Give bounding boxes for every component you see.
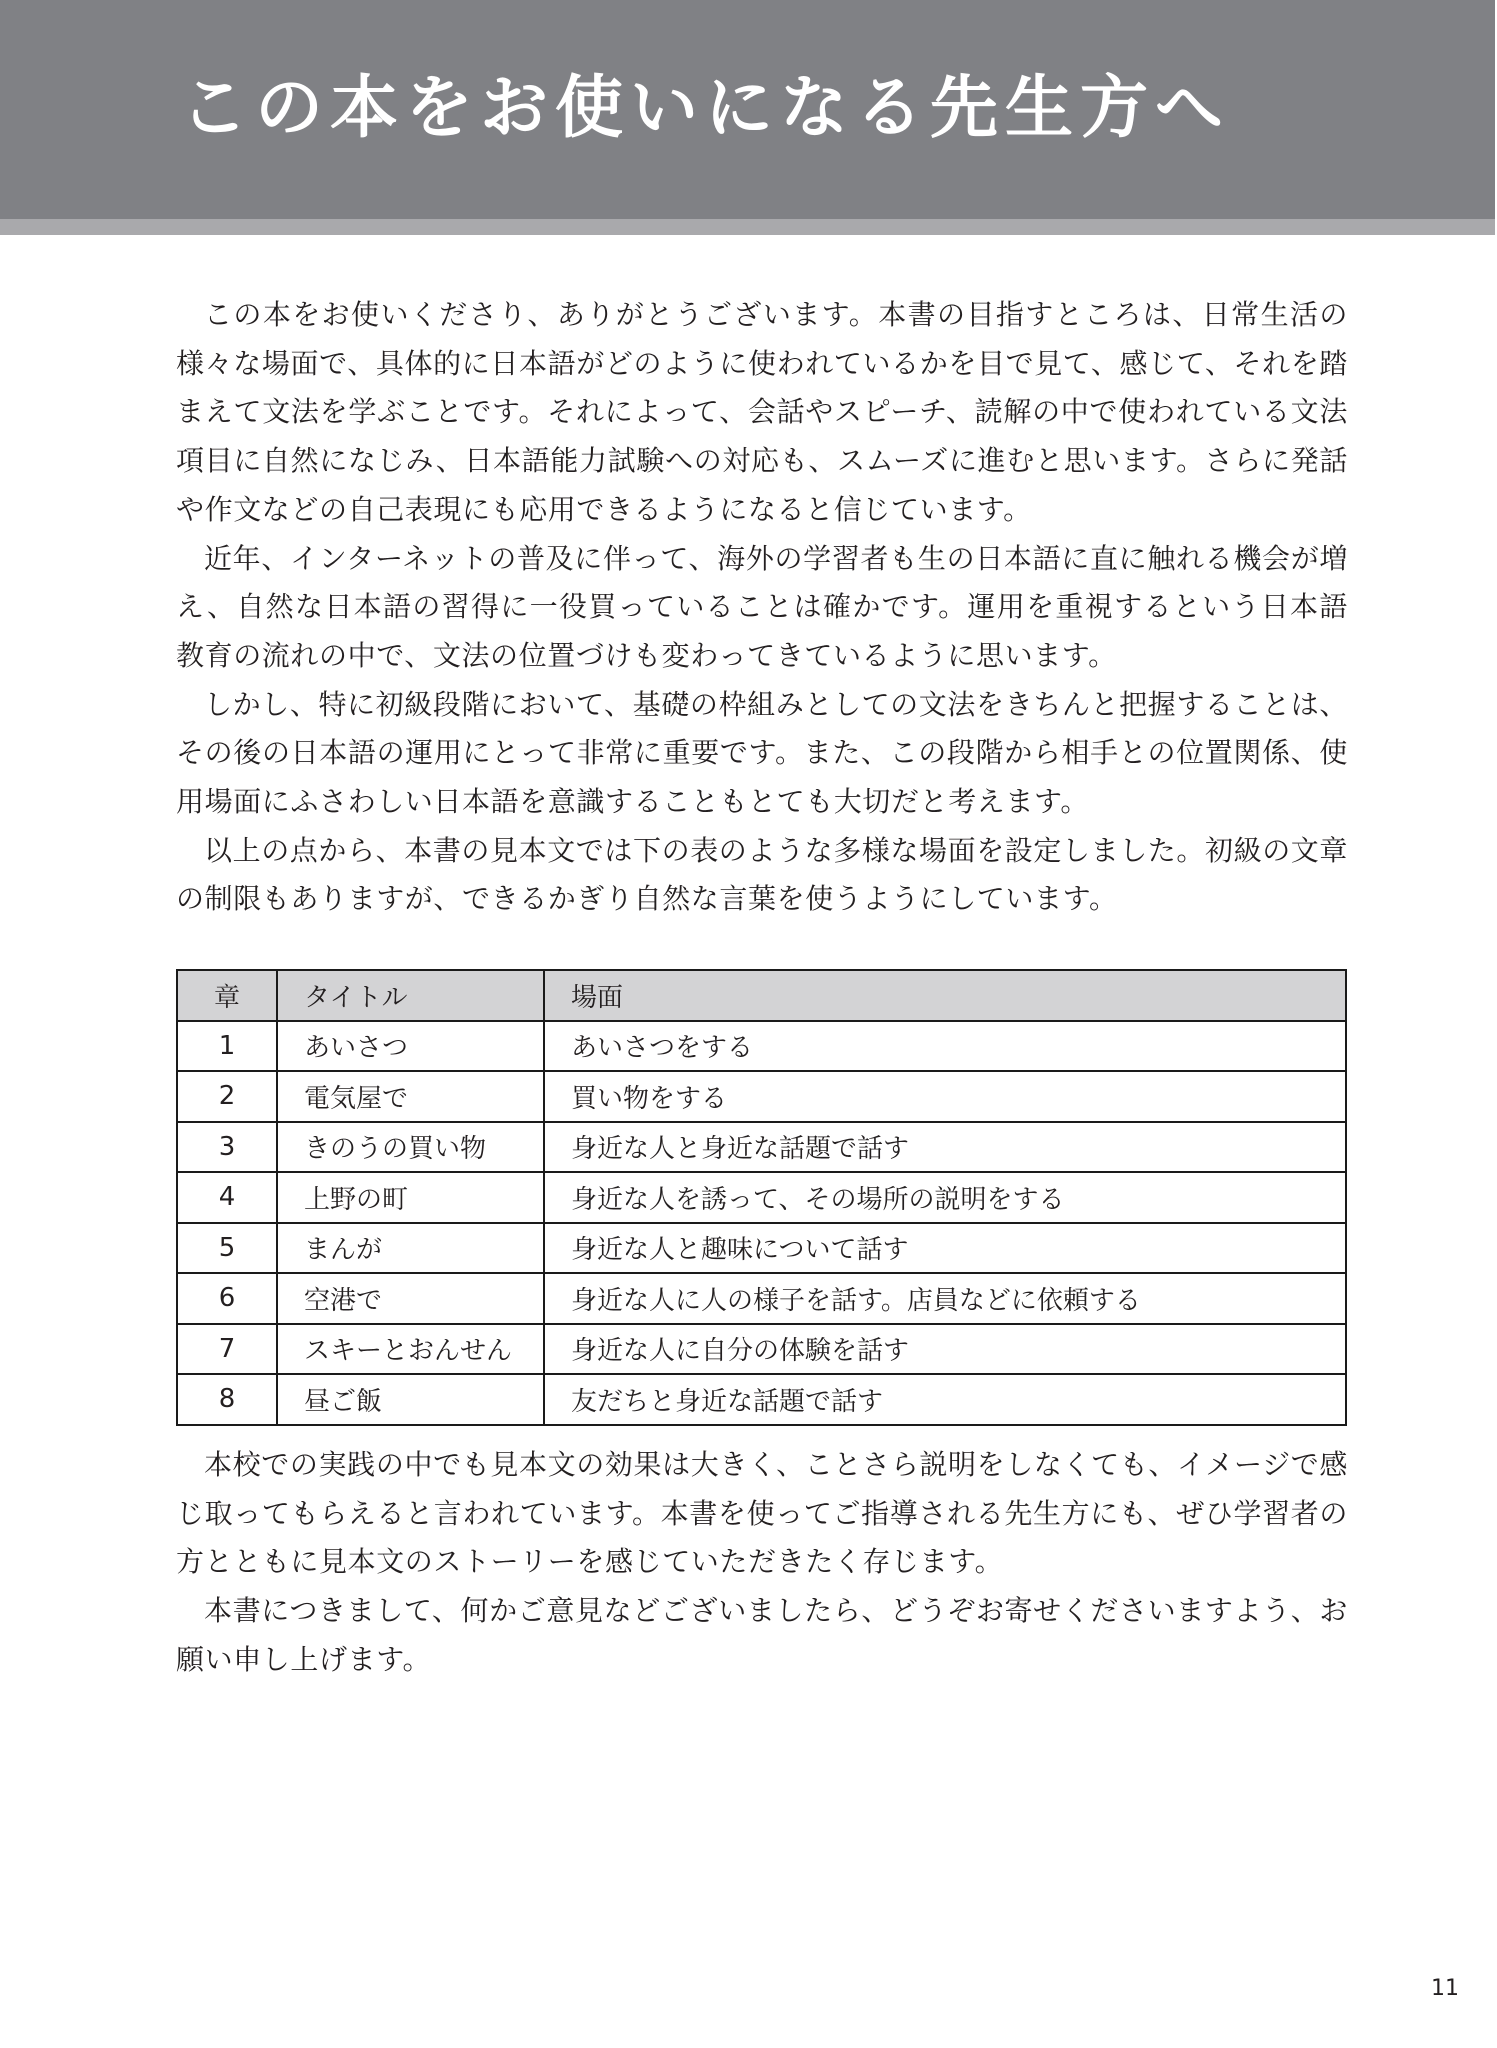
table-row: 6 空港で 身近な人に人の様子を話す。店員などに依頼する: [177, 1273, 1346, 1324]
cell-title: 空港で: [277, 1273, 544, 1324]
cell-scene: あいさつをする: [544, 1021, 1346, 1072]
cell-chapter: 8: [177, 1374, 277, 1425]
cell-title: まんが: [277, 1223, 544, 1274]
page-title: この本をお使いになる先生方へ: [180, 66, 1230, 152]
cell-title: 電気屋で: [277, 1071, 544, 1122]
table-row: 8 昼ご飯 友だちと身近な話題で話す: [177, 1374, 1346, 1425]
table-row: 5 まんが 身近な人と趣味について話す: [177, 1223, 1346, 1274]
cell-scene: 買い物をする: [544, 1071, 1346, 1122]
closing-paragraph: 本校での実践の中でも見本文の効果は大きく、ことさら説明をしなくても、イメージで感…: [176, 1441, 1348, 1587]
cell-title: きのうの買い物: [277, 1122, 544, 1173]
cell-scene: 身近な人を誘って、その場所の説明をする: [544, 1172, 1346, 1223]
table-row: 7 スキーとおんせん 身近な人に自分の体験を話す: [177, 1324, 1346, 1375]
cell-scene: 身近な人と趣味について話す: [544, 1223, 1346, 1274]
scene-table: 章 タイトル 場面 1 あいさつ あいさつをする 2 電気屋で 買い物をする 3…: [176, 969, 1347, 1426]
cell-chapter: 6: [177, 1273, 277, 1324]
cell-chapter: 5: [177, 1223, 277, 1274]
cell-chapter: 7: [177, 1324, 277, 1375]
intro-paragraph: 近年、インターネットの普及に伴って、海外の学習者も生の日本語に直に触れる機会が増…: [176, 535, 1348, 681]
cell-scene: 身近な人と身近な話題で話す: [544, 1122, 1346, 1173]
closing-section: 本校での実践の中でも見本文の効果は大きく、ことさら説明をしなくても、イメージで感…: [176, 1441, 1348, 1685]
cell-title: スキーとおんせん: [277, 1324, 544, 1375]
table-row: 4 上野の町 身近な人を誘って、その場所の説明をする: [177, 1172, 1346, 1223]
table-row: 2 電気屋で 買い物をする: [177, 1071, 1346, 1122]
header-title: タイトル: [277, 970, 544, 1021]
intro-paragraph: この本をお使いくださり、ありがとうございます。本書の目指すところは、日常生活の様…: [176, 291, 1348, 535]
cell-scene: 身近な人に自分の体験を話す: [544, 1324, 1346, 1375]
intro-paragraph: 以上の点から、本書の見本文では下の表のような多様な場面を設定しました。初級の文章…: [176, 827, 1348, 924]
cell-title: 昼ご飯: [277, 1374, 544, 1425]
cell-chapter: 4: [177, 1172, 277, 1223]
table-row: 3 きのうの買い物 身近な人と身近な話題で話す: [177, 1122, 1346, 1173]
cell-chapter: 3: [177, 1122, 277, 1173]
header-stripe: [0, 219, 1495, 235]
cell-title: あいさつ: [277, 1021, 544, 1072]
table-row: 1 あいさつ あいさつをする: [177, 1021, 1346, 1072]
header-chapter: 章: [177, 970, 277, 1021]
cell-scene: 友だちと身近な話題で話す: [544, 1374, 1346, 1425]
cell-scene: 身近な人に人の様子を話す。店員などに依頼する: [544, 1273, 1346, 1324]
closing-paragraph: 本書につきまして、何かご意見などございましたら、どうぞお寄せくださいますよう、お…: [176, 1587, 1348, 1684]
cell-chapter: 2: [177, 1071, 277, 1122]
header-scene: 場面: [544, 970, 1346, 1021]
cell-title: 上野の町: [277, 1172, 544, 1223]
intro-section: この本をお使いくださり、ありがとうございます。本書の目指すところは、日常生活の様…: [176, 291, 1348, 924]
table-header-row: 章 タイトル 場面: [177, 970, 1346, 1021]
cell-chapter: 1: [177, 1021, 277, 1072]
intro-paragraph: しかし、特に初級段階において、基礎の枠組みとしての文法をきちんと把握することは、…: [176, 681, 1348, 827]
page-number: 11: [1431, 1976, 1459, 2001]
